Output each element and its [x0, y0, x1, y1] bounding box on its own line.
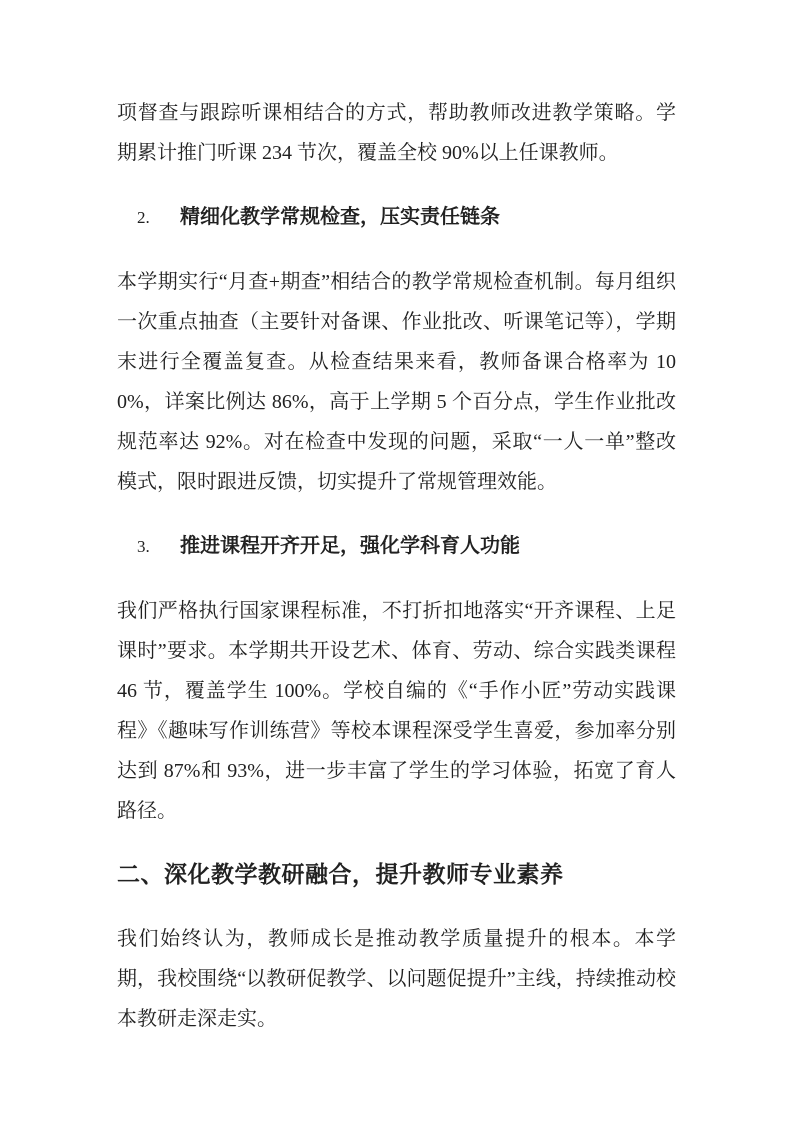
document-content: 项督查与跟踪听课相结合的方式，帮助教师改进教学策略。学期累计推门听课 234 节… [0, 0, 793, 1039]
paragraph-listening-coverage: 项督查与跟踪听课相结合的方式，帮助教师改进教学策略。学期累计推门听课 234 节… [117, 93, 676, 173]
heading-curriculum-full: 3.推进课程开齐开足，强化学科育人功能 [117, 526, 676, 567]
heading-text: 推进课程开齐开足，强化学科育人功能 [180, 535, 520, 557]
heading-number: 3. [137, 527, 180, 567]
heading-text: 精细化教学常规检查，压实责任链条 [180, 206, 500, 228]
section-heading-teaching-research: 二、深化教学教研融合，提升教师专业素养 [117, 855, 676, 895]
paragraph-monthly-check: 本学期实行“月查+期查”相结合的教学常规检查机制。每月组织一次重点抽查（主要针对… [117, 262, 676, 502]
paragraph-teacher-growth: 我们始终认为，教师成长是推动教学质量提升的根本。本学期，我校围绕“以教研促教学、… [117, 919, 676, 1039]
heading-routine-inspection: 2.精细化教学常规检查，压实责任链条 [117, 197, 676, 238]
paragraph-national-curriculum: 我们严格执行国家课程标准，不打折扣地落实“开齐课程、上足课时”要求。本学期共开设… [117, 591, 676, 831]
document-page: 项督查与跟踪听课相结合的方式，帮助教师改进教学策略。学期累计推门听课 234 节… [0, 0, 793, 1122]
heading-number: 2. [137, 198, 180, 238]
